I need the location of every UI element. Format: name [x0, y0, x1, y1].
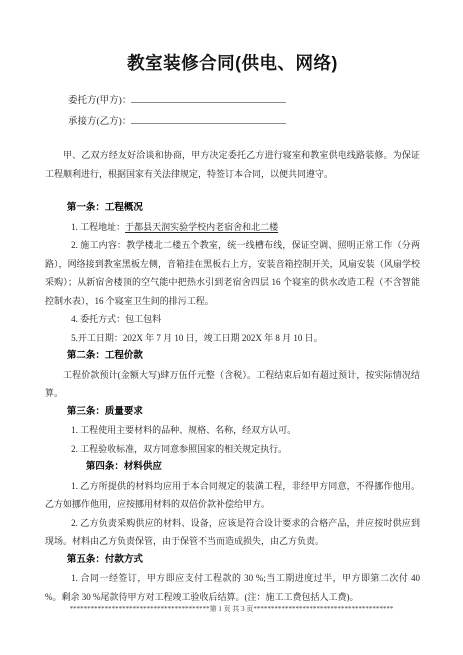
parties-block: 委托方(甲方)： 承接方(乙方)： [68, 91, 420, 133]
footer-stars-right: **************************************** [253, 605, 393, 613]
document-title: 教室装修合同(供电、网络) [45, 50, 420, 75]
party-a-row: 委托方(甲方)： [68, 91, 420, 112]
party-b-blank-field[interactable] [131, 113, 286, 124]
section5-item1: 1. 合同一经签订，甲方即应支付工程款的 30 %;当工期进度过半，甲方即第二次… [45, 569, 420, 606]
page-footer: ****************************************… [0, 604, 463, 614]
section1-item1: 1. 工程地址：于都县天润实验学校内老宿舍和北二楼 [45, 218, 420, 237]
party-a-label: 委托方(甲方)： [68, 96, 131, 106]
page-body: 教室装修合同(供电、网络) 委托方(甲方)： 承接方(乙方)： 甲、乙双方经友好… [0, 0, 463, 606]
intro-paragraph: 甲、乙双方经友好洽谈和协商，甲方决定委托乙方进行寝室和教室供电线路装修。为保证工… [45, 146, 420, 183]
party-b-row: 承接方(乙方)： [68, 112, 420, 133]
section3-item2: 2. 工程验收标准，双方同意参照国家的相关规定执行。 [45, 440, 420, 459]
contract-body: 甲、乙双方经友好洽谈和协商，甲方决定委托乙方进行寝室和教室供电线路装修。为保证工… [45, 146, 420, 606]
section1-item1-label: 1. 工程地址： [71, 222, 125, 232]
section4-item1: 1. 乙方所提供的材料均应用于本合同规定的装潢工程，非经甲方同意，不得挪作他用。… [45, 477, 420, 514]
footer-page-info: 第 1 页 共 3 页 [210, 605, 254, 613]
section3-heading: 第三条：质量要求 [45, 403, 420, 422]
section2-heading: 第二条：工程价款 [45, 347, 420, 366]
party-a-blank-field[interactable] [131, 92, 286, 103]
section4-heading: 第四条：材料供应 [45, 458, 420, 477]
section1-item1-underlined-value: 于都县天润实验学校内老宿舍和北二楼 [125, 222, 278, 232]
footer-stars-left: **************************************** [70, 605, 210, 613]
section1-heading: 第一条：工程概况 [45, 199, 420, 218]
section5-heading: 第五条：付款方式 [45, 551, 420, 570]
section3-item1: 1. 工程使用主要材料的品种、规格、名称，经双方认可。 [45, 421, 420, 440]
section2-paragraph: 工程价款预计(金额大写)肆万伍仟元整（含税）。工程结束后如有超过预计，按实际情况… [45, 366, 420, 403]
section1-item4: 5.开工日期：202X 年 7 月 10 日，竣工日期 202X 年 8 月 1… [45, 329, 420, 348]
contract-page: 教室装修合同(供电、网络) 委托方(甲方)： 承接方(乙方)： 甲、乙双方经友好… [0, 0, 463, 655]
section1-item2: 2. 施工内容：教学楼北二楼五个教室，统一线槽布线，保证空调、照明正常工作（分两… [45, 236, 420, 310]
section1-item3: 4. 委托方式：包工包料 [45, 310, 420, 329]
section4-item2: 2. 乙方负责采购供应的材料、设备，应该是符合设计要求的合格产品，并应按时供应到… [45, 514, 420, 551]
party-b-label: 承接方(乙方)： [68, 117, 131, 127]
